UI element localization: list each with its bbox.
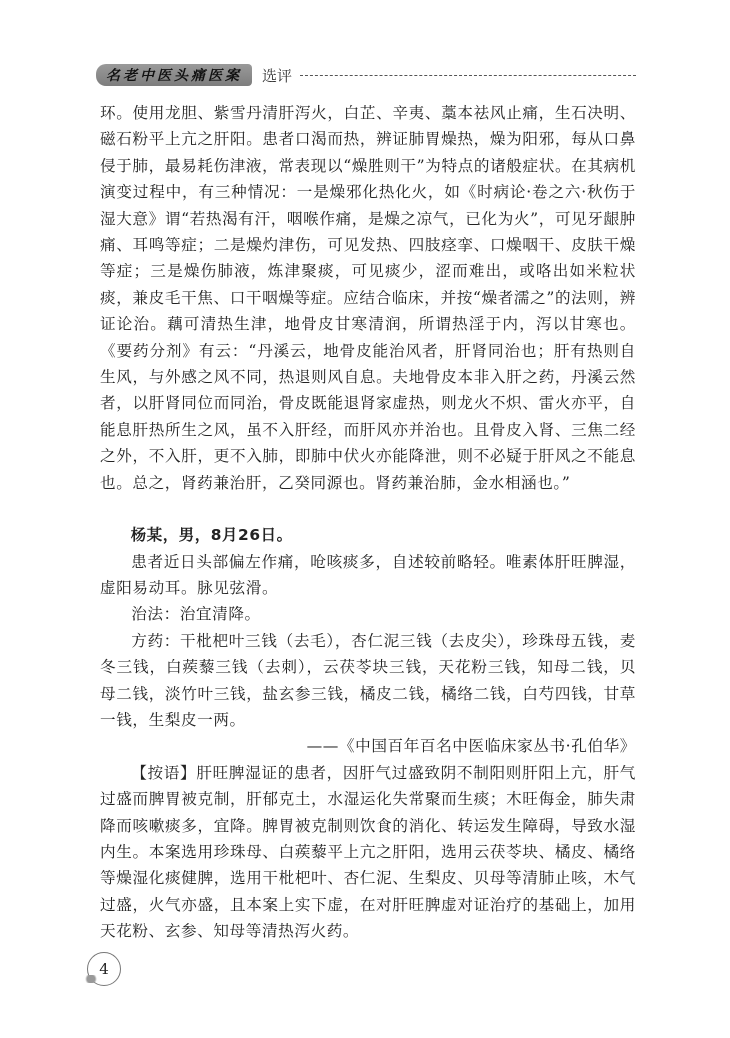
running-header: 名老中医头痛医案 选评	[96, 63, 636, 87]
case-commentary: 【按语】肝旺脾湿证的患者，因肝气过盛致阴不制阳则肝阳上亢，肝气过盛而脾胃被克制，…	[100, 760, 636, 945]
book-title-badge: 名老中医头痛医案	[96, 64, 252, 86]
page-body: 环。使用龙胆、紫雪丹清肝泻火，白芷、辛夷、藁本祛风止痛，生石决明、磁石粉平上亢之…	[100, 100, 636, 945]
case-method: 治法：治宜清降。	[100, 601, 636, 627]
case-title: 杨某，男，8月26日。	[100, 522, 636, 548]
section-label: 选评	[262, 65, 292, 86]
case-symptoms: 患者近日头部偏左作痛，呛咳痰多，自述较前略轻。唯素体肝旺脾湿，虚阳易动耳。脉见弦…	[100, 549, 636, 602]
commentary-continuation: 环。使用龙胆、紫雪丹清肝泻火，白芷、辛夷、藁本祛风止痛，生石决明、磁石粉平上亢之…	[100, 100, 636, 496]
header-dashed-rule	[300, 75, 636, 76]
flower-ornament-icon	[82, 975, 100, 983]
case-prescription: 方药：干枇杷叶三钱（去毛），杏仁泥三钱（去皮尖），珍珠母五钱，麦冬三钱，白蒺藜三…	[100, 628, 636, 734]
case-source: ——《中国百年百名中医临床家丛书·孔伯华》	[100, 733, 636, 759]
